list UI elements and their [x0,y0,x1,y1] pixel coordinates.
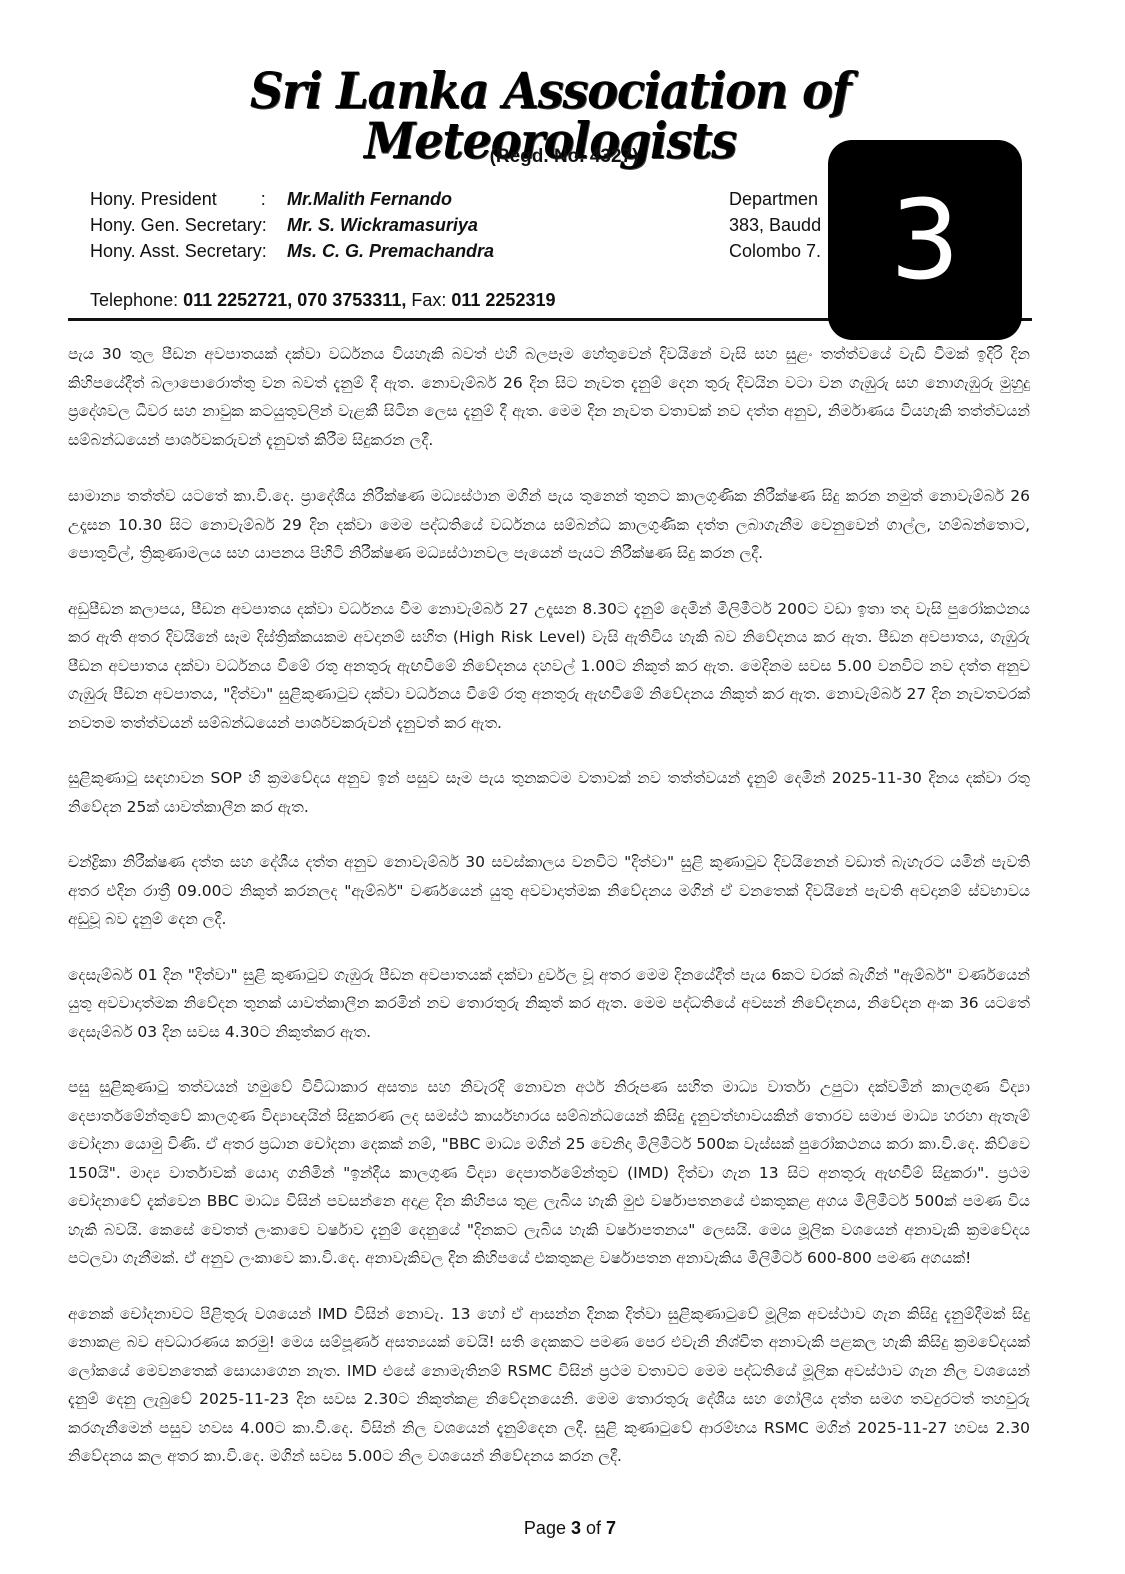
total-pages: 7 [606,1518,616,1538]
page-number-badge: 3 [828,140,1022,340]
officer-role-label: Hony. President [90,189,217,209]
officer-name: Ms. C. G. Premachandra [287,238,494,264]
fax-label: Fax: [411,290,446,310]
address-line: Departmen [729,186,821,212]
paragraph: පසු සුළිකුණාටු තත්වයන් හමුවේ විවිධාකාර අ… [68,1073,1030,1273]
document-page: Sri Lanka Association of Meteorologists … [0,0,1125,1574]
officer-role: Hony. President: [90,186,287,212]
officer-name: Mr. S. Wickramasuriya [287,212,478,238]
page-footer: Page 3 of 7 [420,1518,720,1539]
officer-row-gen-secretary: Hony. Gen. Secretary: Mr. S. Wickramasur… [90,212,494,238]
address-block: Departmen 383, Baudd Colombo 7. [729,186,821,264]
current-page: 3 [571,1518,581,1538]
of-label: of [586,1518,601,1538]
address-line: 383, Baudd [729,212,821,238]
paragraph: චන්ද්‍රිකා නිරීක්ෂණ දත්ත සහ දේශීය දත්ත අ… [68,848,1030,934]
officer-separator: : [261,189,266,209]
paragraph: පැය 30 තුල පීඩන අවපාතයක් දක්වා වර්ධනය වි… [68,340,1030,454]
officer-name: Mr.Malith Fernando [287,186,452,212]
telephone-numbers: 011 2252721, 070 3753311, [183,290,406,310]
officer-role: Hony. Asst. Secretary: [90,238,287,264]
paragraph: සුළිකුණාටු සඳහාවන SOP හි ක්‍රමවේදය අනුව … [68,764,1030,821]
paragraph: දෙසැම්බර් 01 දින "දිත්වා" සුළි කුණාටුව ග… [68,961,1030,1047]
fax-number: 011 2252319 [451,290,555,310]
officer-row-president: Hony. President: Mr.Malith Fernando [90,186,494,212]
officer-role: Hony. Gen. Secretary: [90,212,287,238]
paragraph: සාමාන්‍ය තත්ත්ව යටතේ කා.වි.දෙ. ප්‍රාදේශී… [68,482,1030,568]
page-label: Page [524,1518,566,1538]
page-badge-number: 3 [890,185,960,295]
document-body: පැය 30 තුල පීඩන අවපාතයක් දක්වා වර්ධනය වි… [68,340,1030,1498]
address-line: Colombo 7. [729,238,821,264]
contact-line: Telephone: 011 2252721, 070 3753311, Fax… [90,290,556,311]
paragraph: අඩුපීඩන කලාපය, පීඩන අවපාතය දක්වා වර්ධනය … [68,595,1030,738]
registration-number: (Regd. No. 4327) [400,146,728,168]
officer-row-asst-secretary: Hony. Asst. Secretary: Ms. C. G. Premach… [90,238,494,264]
paragraph: අනෙක් චෝදනාවට පිළිතුරු වශයෙන් IMD විසින්… [68,1300,1030,1471]
officers-list: Hony. President: Mr.Malith Fernando Hony… [90,186,494,264]
telephone-label: Telephone: [90,290,178,310]
